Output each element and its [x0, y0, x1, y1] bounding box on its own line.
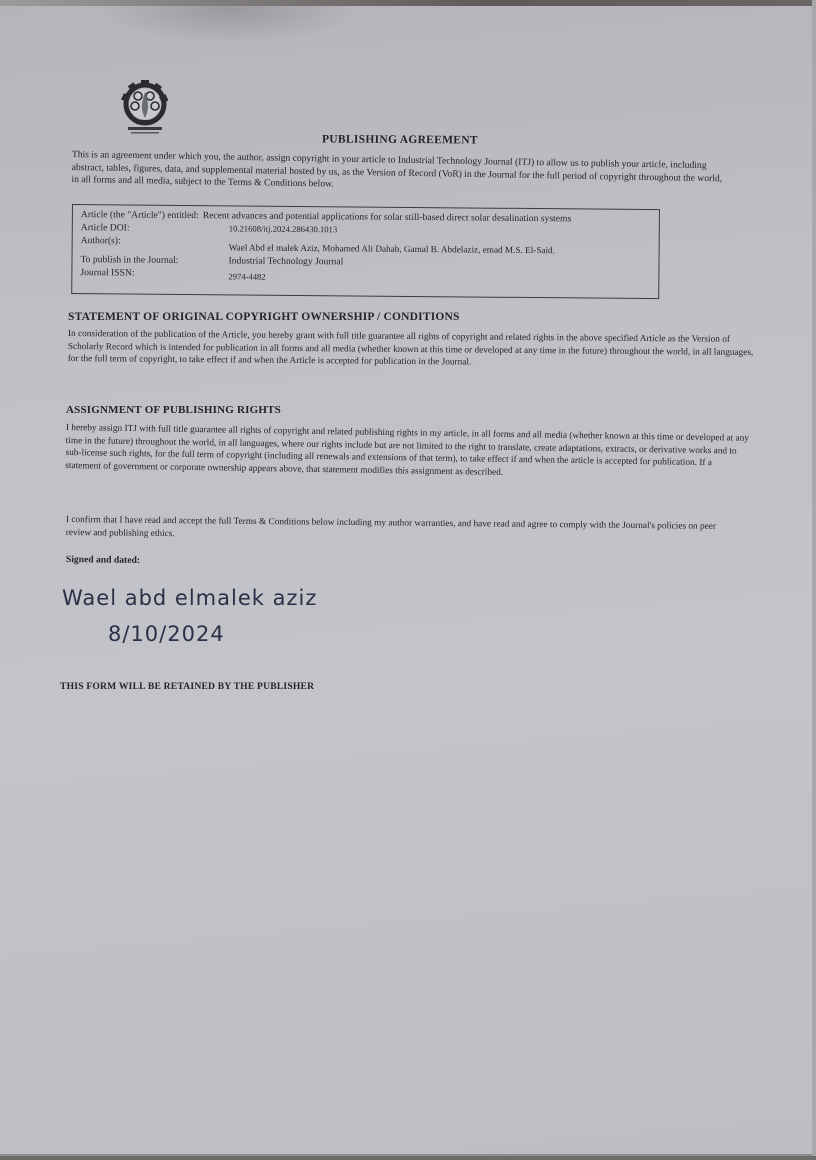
detail-label: Article (the "Article") entitled:	[81, 208, 199, 222]
detail-label: To publish in the Journal:	[80, 253, 228, 267]
detail-label: Journal ISSN:	[80, 266, 228, 283]
section-body-assignment: I hereby assign ITJ with full title guar…	[65, 422, 750, 483]
photo-edge-bottom	[0, 1156, 816, 1160]
photo-edge-top	[0, 0, 816, 6]
detail-label: Author(s):	[81, 234, 229, 254]
section-heading-copyright: STATEMENT OF ORIGINAL COPYRIGHT OWNERSHI…	[68, 311, 460, 323]
camera-shadow	[100, 4, 360, 44]
document-title: PUBLISHING AGREEMENT	[322, 133, 478, 146]
gear-logo-icon	[116, 78, 174, 136]
detail-label: Article DOI:	[81, 221, 229, 235]
handwritten-date: 8/10/2024	[108, 622, 225, 646]
section-heading-assignment: ASSIGNMENT OF PUBLISHING RIGHTS	[66, 404, 281, 416]
photo-edge-right	[812, 0, 816, 1160]
section-body-copyright: In consideration of the publication of t…	[68, 328, 756, 372]
document-page: PUBLISHING AGREEMENT This is an agreemen…	[0, 4, 812, 1154]
confirmation-paragraph: I confirm that I have read and accept th…	[66, 514, 738, 546]
intro-paragraph: This is an agreement under which you, th…	[71, 149, 732, 198]
footer-note: THIS FORM WILL BE RETAINED BY THE PUBLIS…	[60, 681, 314, 692]
detail-value: 2974-4482	[228, 270, 265, 283]
detail-value: 10.21608/itj.2024.286430.1013	[229, 222, 337, 236]
handwritten-signature: Wael abd elmalek aziz	[62, 586, 317, 610]
journal-logo	[116, 78, 174, 136]
detail-value: Industrial Technology Journal	[228, 254, 343, 268]
signed-label: Signed and dated:	[66, 554, 140, 566]
article-details-box: Article (the "Article") entitled: Recent…	[71, 204, 660, 299]
